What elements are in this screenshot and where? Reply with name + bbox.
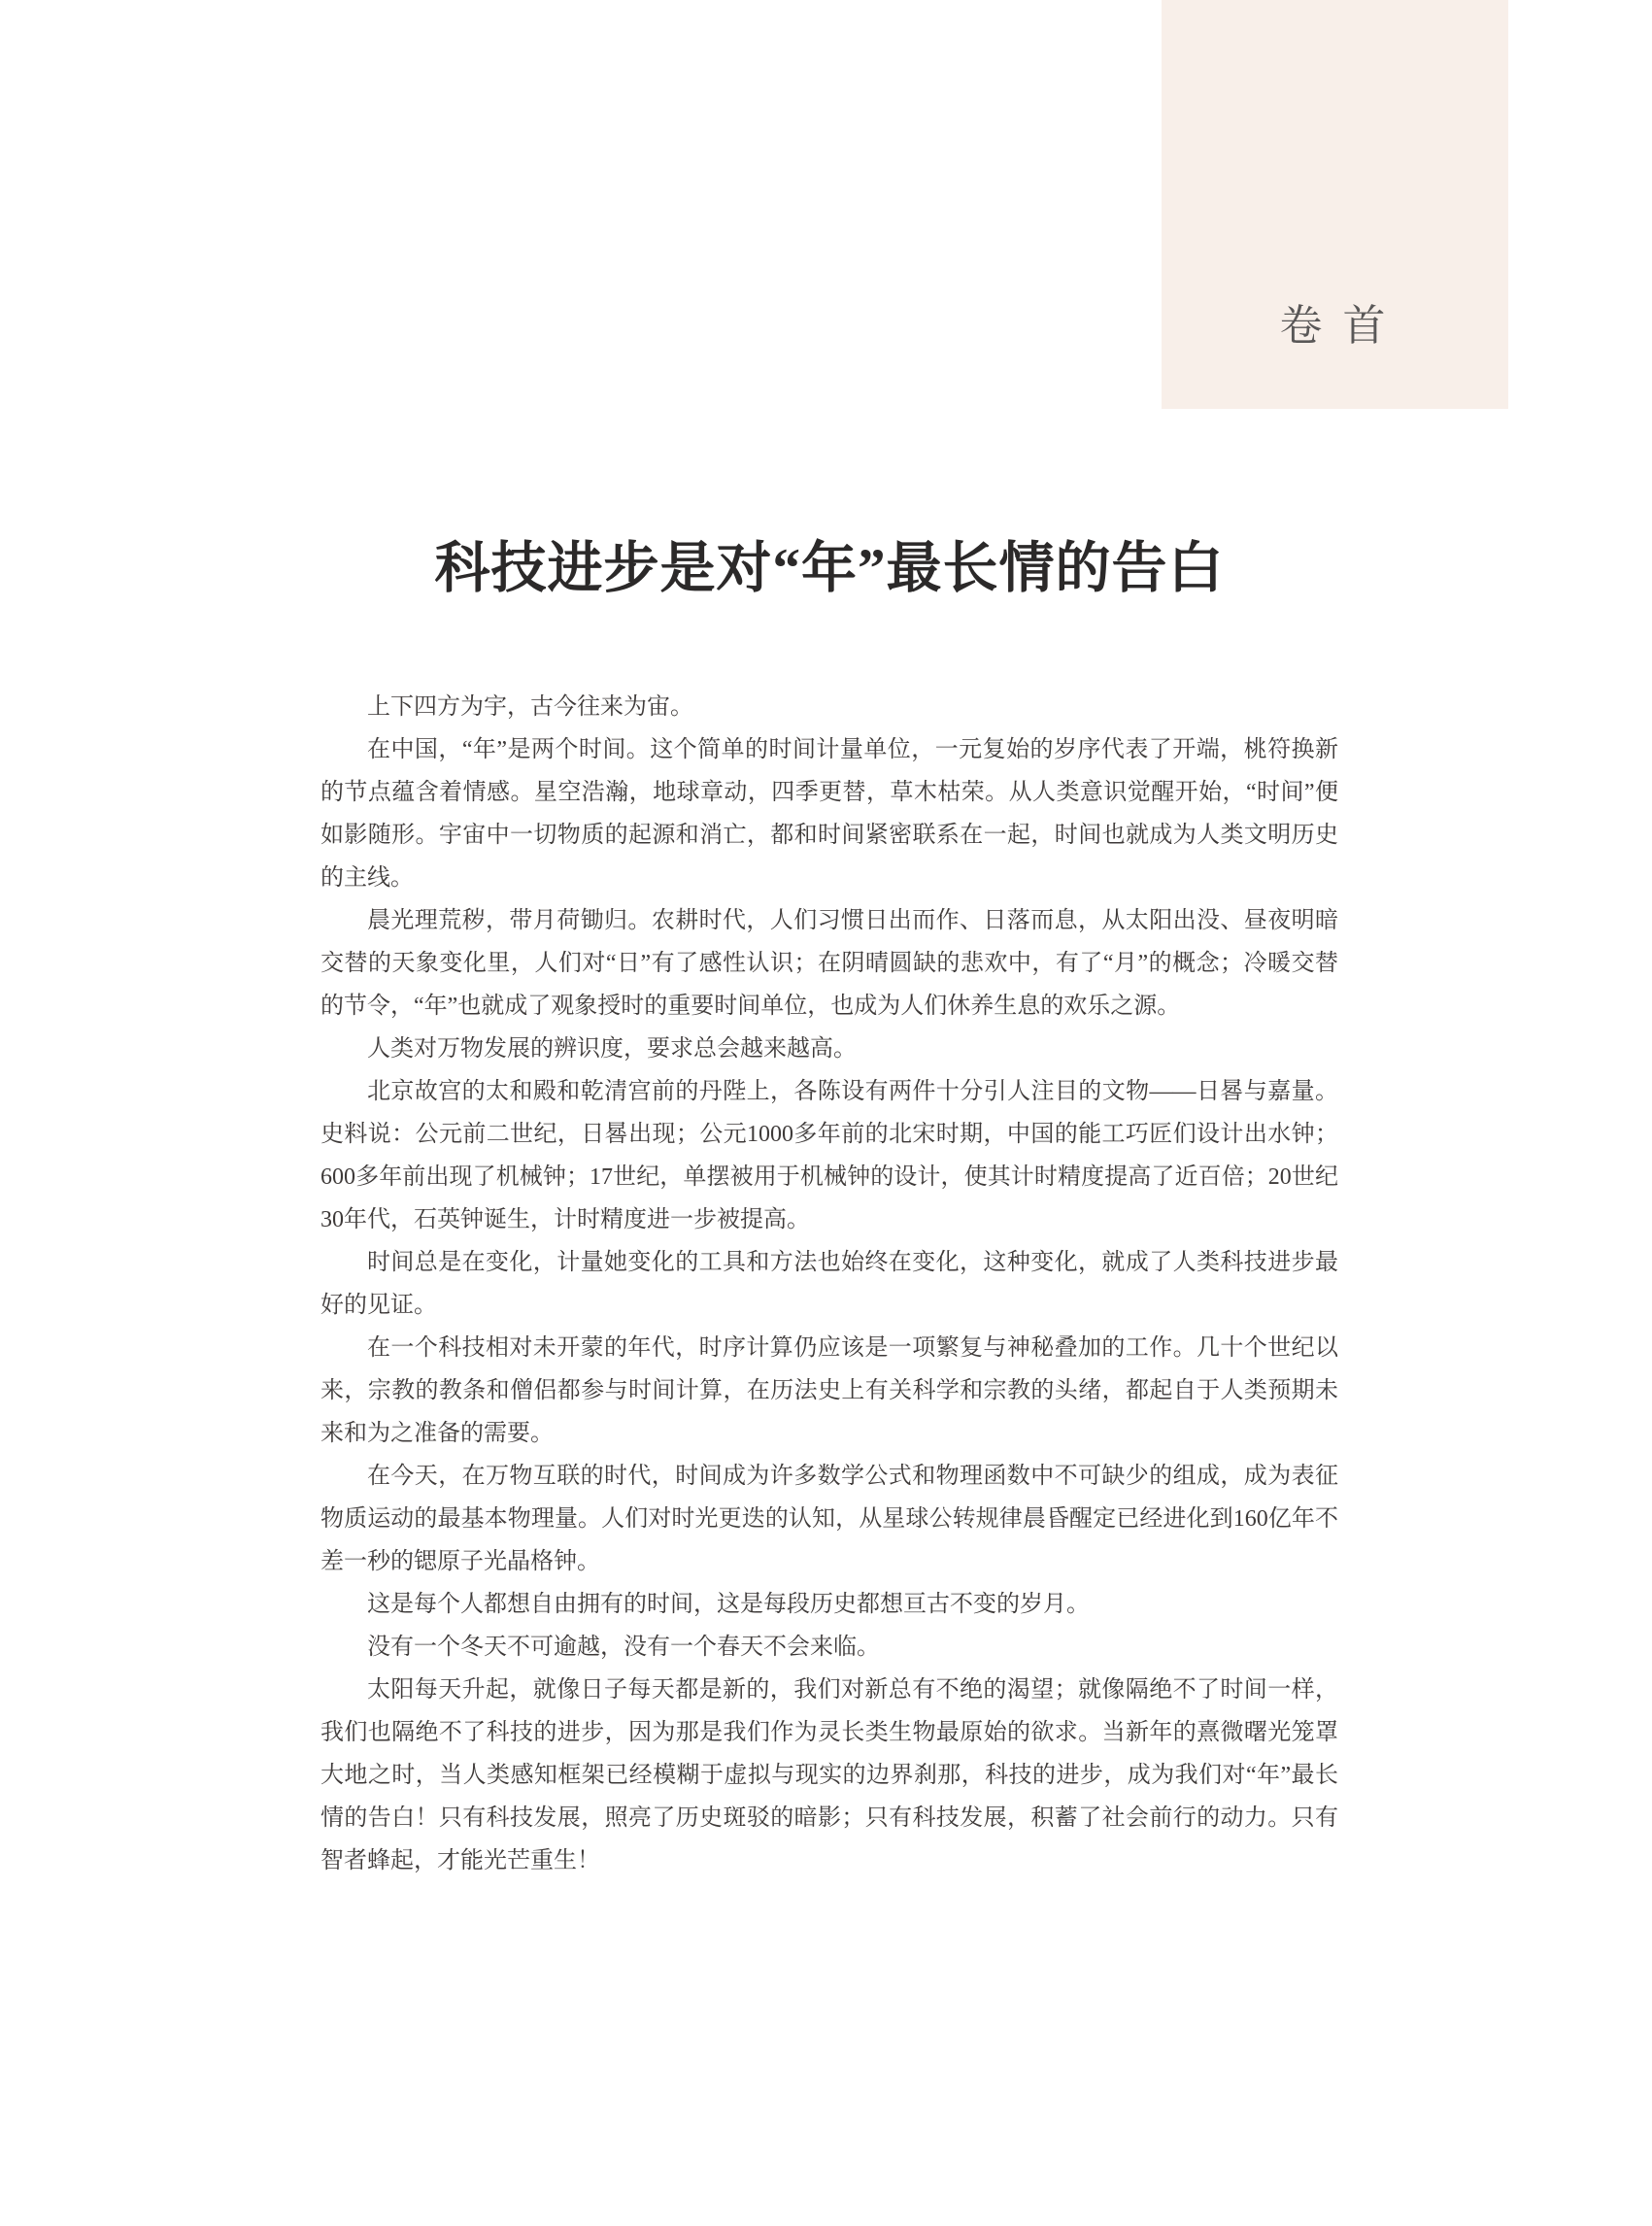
- body-paragraph: 上下四方为宇，古今往来为宙。: [320, 686, 1338, 728]
- section-tab-label: 卷 首: [1280, 290, 1391, 409]
- body-paragraph: 时间总是在变化，计量她变化的工具和方法也始终在变化，这种变化，就成了人类科技进步…: [320, 1241, 1338, 1327]
- body-paragraph: 没有一个冬天不可逾越，没有一个春天不会来临。: [320, 1626, 1338, 1669]
- body-paragraph: 人类对万物发展的辨识度，要求总会越来越高。: [320, 1028, 1338, 1070]
- body-paragraph: 晨光理荒秽，带月荷锄归。农耕时代，人们习惯日出而作、日落而息，从太阳出没、昼夜明…: [320, 899, 1338, 1028]
- article-title: 科技进步是对“年”最长情的告白: [320, 536, 1338, 602]
- magazine-preface-page: 卷 首 科技进步是对“年”最长情的告白 上下四方为宇，古今往来为宙。在中国，“年…: [0, 0, 1652, 2226]
- section-tab: 卷 首: [1162, 0, 1508, 409]
- article-body: 上下四方为宇，古今往来为宙。在中国，“年”是两个时间。这个简单的时间计量单位，一…: [320, 686, 1338, 1882]
- body-paragraph: 在中国，“年”是两个时间。这个简单的时间计量单位，一元复始的岁序代表了开端，桃符…: [320, 728, 1338, 899]
- body-paragraph: 这是每个人都想自由拥有的时间，这是每段历史都想亘古不变的岁月。: [320, 1583, 1338, 1626]
- body-paragraph: 太阳每天升起，就像日子每天都是新的，我们对新总有不绝的渴望；就像隔绝不了时间一样…: [320, 1669, 1338, 1882]
- body-paragraph: 在今天，在万物互联的时代，时间成为许多数学公式和物理函数中不可缺少的组成，成为表…: [320, 1455, 1338, 1583]
- body-paragraph: 在一个科技相对未开蒙的年代，时序计算仍应该是一项繁复与神秘叠加的工作。几十个世纪…: [320, 1327, 1338, 1455]
- body-paragraph: 北京故宫的太和殿和乾清宫前的丹陛上，各陈设有两件十分引人注目的文物——日晷与嘉量…: [320, 1070, 1338, 1241]
